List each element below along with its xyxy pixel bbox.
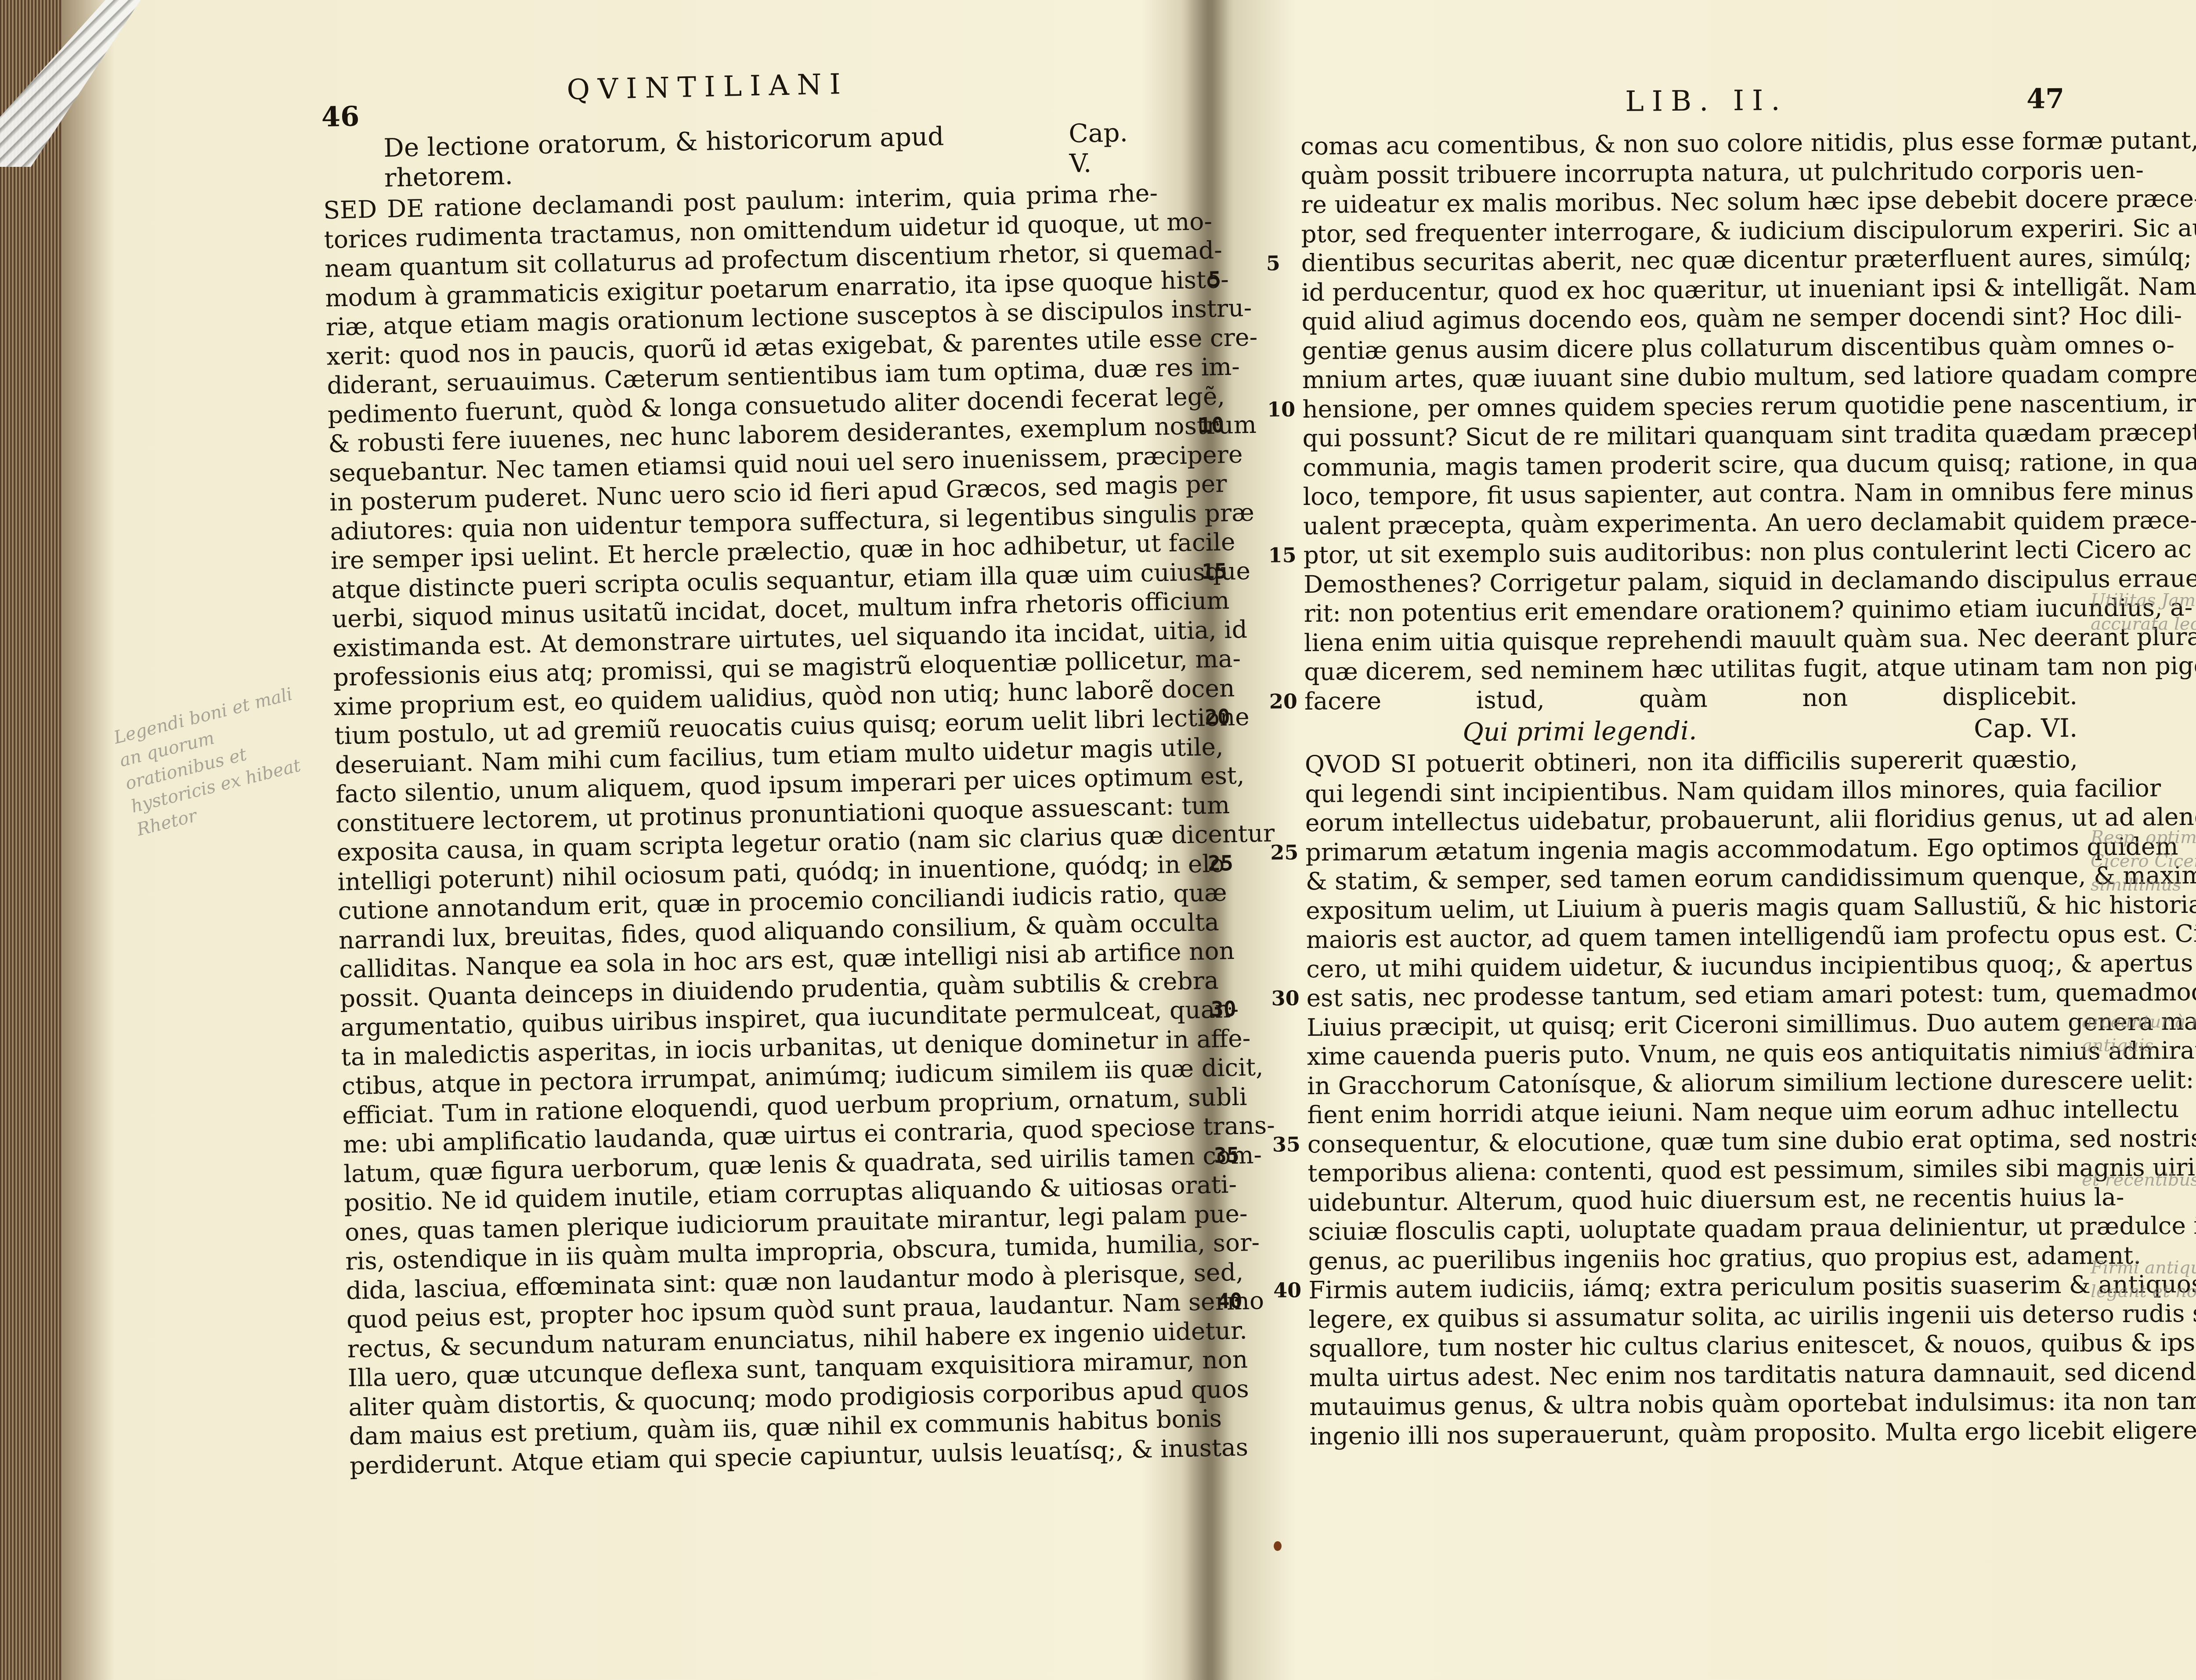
- right-page: LIB. II. 47 comas acu comentibus, & non …: [1300, 74, 2083, 1451]
- line-number: 5: [1208, 265, 1221, 294]
- text-line: consequentur, & elocutione, quæ tum sine…: [1307, 1124, 2080, 1159]
- line-number: 30: [1271, 984, 1299, 1013]
- text-line: xime cauenda pueris puto. Vnum, ne quis …: [1307, 1037, 2080, 1071]
- line-text: sciuiæ flosculis capti, uoluptate quadam…: [1308, 1211, 2196, 1246]
- text-line: ptor, ut sit exemplo suis auditoribus: n…: [1303, 535, 2076, 570]
- body-text-before-chapter: comas acu comentibus, & non suo colore n…: [1300, 126, 2077, 716]
- line-number: 20: [1204, 703, 1230, 732]
- text-line: squallore, tum noster hic cultus clarius…: [1309, 1329, 2082, 1363]
- line-text: mnium artes, quæ iuuant sine dubio multu…: [1302, 360, 2196, 394]
- text-line: quàm possit tribuere incorrupta natura, …: [1300, 155, 2073, 190]
- text-line: multa uirtus adest. Nec enim nos tardita…: [1309, 1358, 2082, 1392]
- text-line: eorum intellectus uidebatur, probauerunt…: [1305, 803, 2078, 838]
- line-text: fient enim horridi atque ieiuni. Nam neq…: [1307, 1095, 2179, 1129]
- marginal-annotation: et recentibus: [2082, 1168, 2196, 1192]
- text-line: qui legendi sint incipientibus. Nam quid…: [1305, 774, 2078, 808]
- text-line: fient enim horridi atque ieiuni. Nam neq…: [1307, 1095, 2080, 1130]
- text-line: loco, tempore, fit usus sapienter, aut c…: [1303, 477, 2076, 512]
- line-text: QVOD SI potuerit obtineri, non ita diffi…: [1305, 745, 2078, 779]
- marginal-annotation: Firmi antiquos legant et novos: [2091, 1256, 2196, 1303]
- line-text: in Gracchorum Catonísque, & aliorum simi…: [1307, 1065, 2194, 1100]
- line-text: genus, ac puerilibus ingeniis hoc gratiu…: [1308, 1241, 2141, 1275]
- text-line: temporibus aliena: contenti, quod est pe…: [1307, 1154, 2080, 1188]
- line-number: 10: [1267, 395, 1295, 424]
- marginal-annotation: Resp. optimi Livius Cicero Ciceroni simi…: [2091, 826, 2196, 897]
- line-number: 40: [1273, 1276, 1301, 1305]
- text-line: liena enim uitia quisque reprehendi mauu…: [1304, 623, 2077, 657]
- chapter-heading: Qui primi legendi. Cap. VI.: [1304, 713, 2077, 748]
- line-text: maioris est auctor, ad quem tamen intell…: [1306, 919, 2196, 954]
- chapter-number: Cap. VI.: [1974, 713, 2078, 744]
- line-text: quid aliud agimus docendo eos, quàm ne s…: [1302, 301, 2182, 335]
- line-text: quàm possit tribuere incorrupta natura, …: [1300, 155, 2144, 189]
- line-text: qui possunt? Sicut de re militari quanqu…: [1302, 418, 2196, 452]
- line-number: 15: [1268, 541, 1296, 570]
- text-line: ingenio illi nos superauerunt, quàm prop…: [1309, 1416, 2082, 1451]
- line-text: squallore, tum noster hic cultus clarius…: [1309, 1328, 2196, 1363]
- line-text: ualent præcepta, quàm experimenta. An ue…: [1303, 505, 2196, 540]
- line-text: re uideatur ex malis moribus. Nec solum …: [1301, 184, 2196, 219]
- text-line: ualent præcepta, quàm experimenta. An ue…: [1303, 506, 2076, 541]
- text-line: Demosthenes? Corrigetur palam, siquid in…: [1304, 564, 2077, 599]
- line-text: eorum intellectus uidebatur, probauerunt…: [1305, 802, 2196, 837]
- text-line: facere istud, quàm non displicebit.20: [1304, 681, 2077, 716]
- text-line: id perducentur, quod ex hoc quæritur, ut…: [1301, 272, 2074, 307]
- line-number: 30: [1210, 995, 1236, 1024]
- page-number: 46: [321, 100, 360, 133]
- line-number: 10: [1198, 411, 1224, 440]
- line-text: & statim, & semper, sed tamen eorum cand…: [1306, 861, 2196, 895]
- line-text: facere istud, quàm non displicebit.: [1304, 681, 2077, 715]
- line-text: dientibus securitas aberit, nec quæ dice…: [1301, 242, 2196, 277]
- running-title: QVINTILIANI: [567, 68, 849, 106]
- line-text: legere, ex quibus si assumatur solita, a…: [1308, 1298, 2196, 1333]
- running-head: LIB. II. 47: [1300, 74, 2073, 132]
- left-page: 46 QVINTILIANI De lectione oratorum, & h…: [321, 61, 1184, 1480]
- text-line: hensione, per omnes quidem species rerum…: [1302, 389, 2075, 424]
- body-text-after-chapter: QVOD SI potuerit obtineri, non ita diffi…: [1305, 745, 2083, 1451]
- text-line: mutauimus genus, & ultra nobis quàm opor…: [1309, 1387, 2082, 1422]
- marginal-annotation: Legendi boni et mali an quorum orationib…: [112, 682, 319, 842]
- line-text: est satis, nec prodesse tantum, sed etia…: [1306, 977, 2196, 1012]
- chapter-number: Cap. V.: [1069, 117, 1157, 178]
- line-text: cero, ut mihi quidem uidetur, & iucundus…: [1306, 948, 2193, 983]
- line-text: Firmis autem iudiciis, iámq; extra peric…: [1308, 1270, 2196, 1304]
- text-line: & statim, & semper, sed tamen eorum cand…: [1306, 862, 2079, 896]
- text-line: in Gracchorum Catonísque, & aliorum simi…: [1307, 1066, 2080, 1100]
- line-text: expositum uelim, ut Liuium à pueris magi…: [1306, 890, 2196, 924]
- text-line: sciuiæ flosculis capti, uoluptate quadam…: [1308, 1212, 2081, 1247]
- text-line: genus, ac puerilibus ingeniis hoc gratiu…: [1308, 1241, 2081, 1276]
- text-line: QVOD SI potuerit obtineri, non ita diffi…: [1305, 745, 2078, 779]
- line-text: ptor, sed frequenter interrogare, & iudi…: [1301, 213, 2196, 248]
- text-line: uidebuntur. Alterum, quod huic diuersum …: [1308, 1182, 2081, 1217]
- text-line: quæ dicerem, sed neminem hæc utilitas fu…: [1304, 652, 2077, 687]
- line-text: consequentur, & elocutione, quæ tum sine…: [1307, 1124, 2196, 1158]
- line-text: comas acu comentibus, & non suo colore n…: [1300, 126, 2196, 160]
- line-number: 25: [1207, 848, 1233, 878]
- text-line: communia, magis tamen proderit scire, qu…: [1303, 447, 2076, 482]
- line-number: 25: [1270, 838, 1298, 867]
- text-line: ptor, sed frequenter interrogare, & iudi…: [1301, 214, 2074, 249]
- line-text: ptor, ut sit exemplo suis auditoribus: n…: [1303, 535, 2192, 569]
- text-line: cero, ut mihi quidem uidetur, & iucundus…: [1306, 949, 2079, 984]
- line-text: hensione, per omnes quidem species rerum…: [1302, 389, 2196, 423]
- text-line: mnium artes, quæ iuuant sine dubio multu…: [1302, 360, 2075, 395]
- text-line: est satis, nec prodesse tantum, sed etia…: [1306, 978, 2079, 1013]
- line-text: mutauimus genus, & ultra nobis quàm opor…: [1309, 1387, 2196, 1421]
- line-number: 20: [1269, 687, 1297, 716]
- text-line: gentiæ genus ausim dicere plus collaturu…: [1302, 331, 2075, 365]
- text-line: qui possunt? Sicut de re militari quanqu…: [1302, 418, 2075, 453]
- line-text: qui legendi sint incipientibus. Nam quid…: [1305, 774, 2161, 808]
- open-book: 46 QVINTILIANI De lectione oratorum, & h…: [0, 0, 2196, 1680]
- text-line: maioris est auctor, ad quem tamen intell…: [1306, 920, 2079, 955]
- text-line: expositum uelim, ut Liuium à pueris magi…: [1306, 890, 2079, 925]
- line-text: xime cauenda pueris puto. Vnum, ne quis …: [1307, 1036, 2196, 1071]
- line-number: 35: [1272, 1130, 1300, 1159]
- text-line: re uideatur ex malis moribus. Nec solum …: [1301, 185, 2074, 220]
- line-text: temporibus aliena: contenti, quod est pe…: [1307, 1153, 2196, 1187]
- line-text: liena enim uitia quisque reprehendi mauu…: [1304, 622, 2196, 656]
- page-edges-left: [0, 0, 61, 1680]
- line-text: Liuius præcipit, ut quisq; erit Ciceroni…: [1307, 1007, 2196, 1041]
- line-number: 15: [1201, 557, 1227, 587]
- line-number: 35: [1214, 1140, 1239, 1170]
- line-text: ingenio illi nos superauerunt, quàm prop…: [1309, 1416, 2196, 1450]
- line-text: uidebuntur. Alterum, quod huic diuersum …: [1308, 1182, 2124, 1216]
- line-text: Demosthenes? Corrigetur palam, siquid in…: [1304, 564, 2196, 598]
- text-line: Liuius præcipit, ut quisq; erit Ciceroni…: [1307, 1007, 2080, 1042]
- running-title: LIB. II.: [1625, 84, 1788, 118]
- line-text: id perducentur, quod ex hoc quæritur, ut…: [1301, 272, 2196, 306]
- ink-stain: [1274, 1541, 1282, 1551]
- line-text: loco, tempore, fit usus sapienter, aut c…: [1303, 476, 2194, 511]
- marginal-annotation: arceantur à nimis antiquis: [2082, 1010, 2196, 1057]
- line-text: quæ dicerem, sed neminem hæc utilitas fu…: [1304, 651, 2196, 686]
- chapter-title: Qui primi legendi.: [1304, 716, 1697, 748]
- text-line: Firmis autem iudiciis, iámq; extra peric…: [1308, 1270, 2081, 1305]
- line-text: gentiæ genus ausim dicere plus collaturu…: [1302, 331, 2174, 365]
- text-line: rit: non potentius erit emendare oration…: [1304, 594, 2077, 628]
- text-line: dientibus securitas aberit, nec quæ dice…: [1301, 243, 2074, 278]
- line-number: 5: [1266, 249, 1280, 278]
- line-text: rit: non potentius erit emendare oration…: [1304, 593, 2192, 627]
- line-text: communia, magis tamen proderit scire, qu…: [1303, 447, 2196, 481]
- text-line: primarum ætatum ingenia magis accommodat…: [1305, 832, 2078, 867]
- text-line: quid aliud agimus docendo eos, quàm ne s…: [1302, 302, 2075, 336]
- line-number: 40: [1217, 1287, 1242, 1316]
- marginal-annotation: Utilitas Jam accurata lectionis: [2091, 588, 2196, 636]
- text-line: comas acu comentibus, & non suo colore n…: [1300, 126, 2073, 161]
- line-text: primarum ætatum ingenia magis accommodat…: [1305, 832, 2178, 866]
- line-text: multa uirtus adest. Nec enim nos tardita…: [1309, 1357, 2196, 1392]
- body-text: SED DE ratione declamandi post paulum: i…: [323, 178, 1185, 1480]
- text-line: legere, ex quibus si assumatur solita, a…: [1308, 1299, 2081, 1334]
- page-number: 47: [2026, 83, 2065, 115]
